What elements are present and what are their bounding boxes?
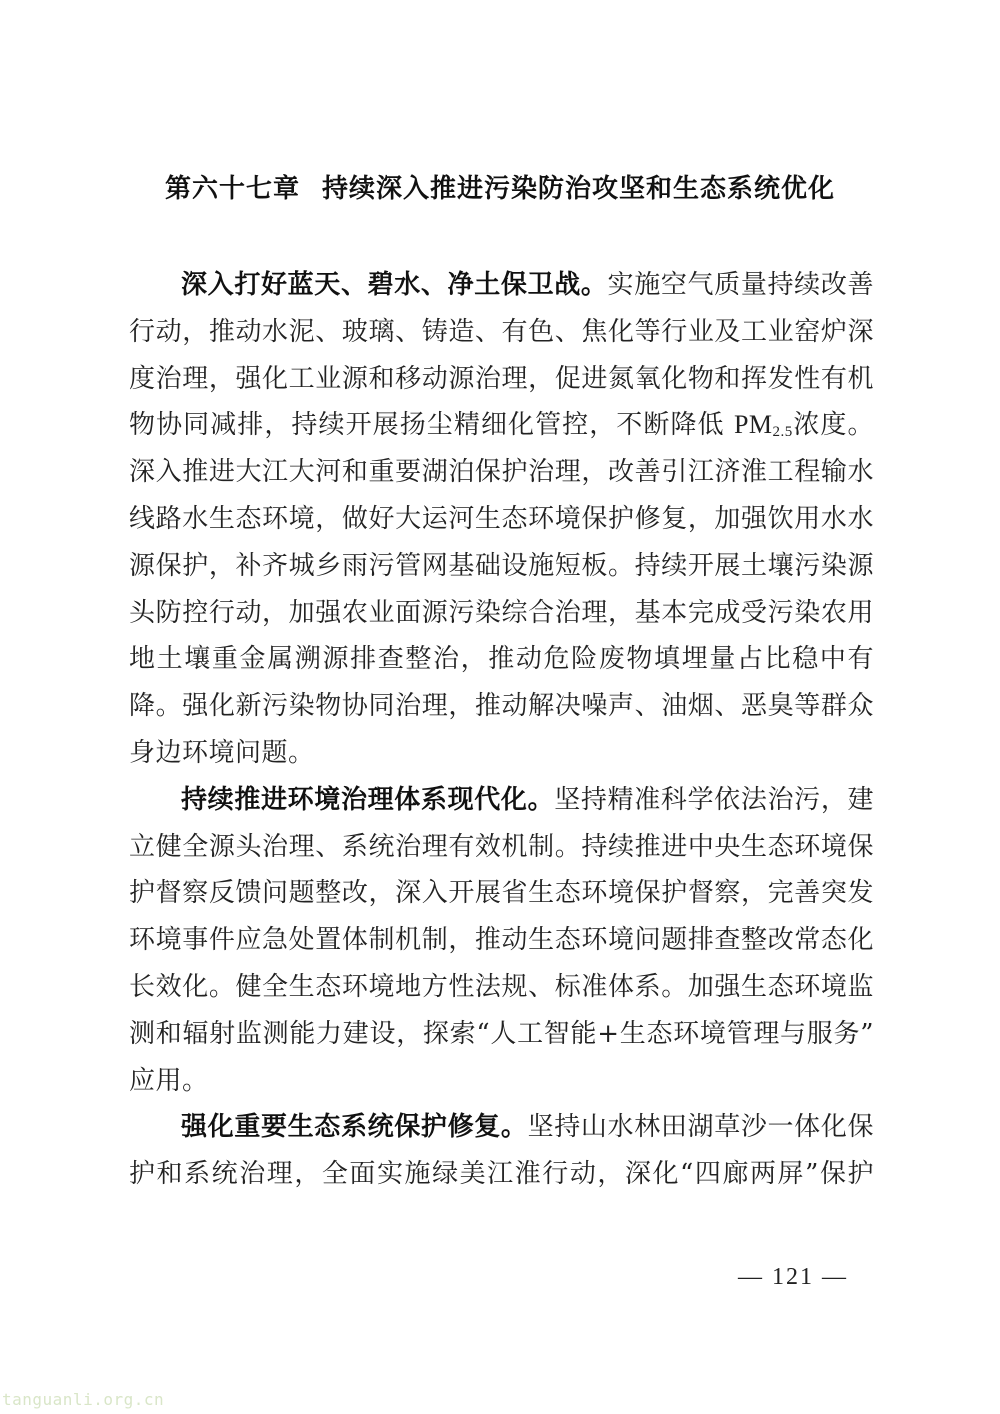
pm-label: PM <box>734 410 773 439</box>
chapter-number: 第六十七章 <box>165 174 300 204</box>
paragraph-lead: 深入打好蓝天、碧水、净土保卫战。 <box>181 270 608 300</box>
paragraph-line: 地土壤重金属溯源排查整治，推动危险废物填埋量占比稳中有 <box>129 636 874 683</box>
paragraph-line: 持续推进环境治理体系现代化。坚持精准科学依法治污，建 <box>129 777 874 824</box>
paragraph-line: 头防控行动，加强农业面源污染综合治理，基本完成受污染农用 <box>129 590 874 637</box>
chapter-heading: 持续深入推进污染防治攻坚和生态系统优化 <box>322 174 835 204</box>
paragraph-line: 深入打好蓝天、碧水、净土保卫战。实施空气质量持续改善 <box>129 262 874 309</box>
watermark: tanguanli.org.cn <box>2 1390 164 1409</box>
paragraph-lead: 持续推进环境治理体系现代化。 <box>181 785 554 815</box>
paragraph-line: 身边环境问题。 <box>129 730 874 777</box>
paragraph-line: 立健全源头治理、系统治理有效机制。持续推进中央生态环境保 <box>129 824 874 871</box>
text-run: 实施空气质量持续改善 <box>608 270 874 300</box>
paragraph-line: 护督察反馈问题整改，深入开展省生态环境保护督察，完善突发 <box>129 870 874 917</box>
paragraph-line: 物协同减排，持续开展扬尘精细化管控，不断降低 PM2.5浓度。 <box>129 402 874 449</box>
paragraph-line: 线路水生态环境，做好大运河生态环境保护修复，加强饮用水水 <box>129 496 874 543</box>
paragraph-line: 行动，推动水泥、玻璃、铸造、有色、焦化等行业及工业窑炉深 <box>129 309 874 356</box>
chapter-title: 第六十七章持续深入推进污染防治攻坚和生态系统优化 <box>0 168 1000 205</box>
pm-subscript: 2.5 <box>773 424 793 440</box>
paragraph-line: 深入推进大江大河和重要湖泊保护治理，改善引江济淮工程输水 <box>129 449 874 496</box>
text-run: 浓度。 <box>793 410 874 440</box>
paragraph-line: 长效化。健全生态环境地方性法规、标准体系。加强生态环境监 <box>129 964 874 1011</box>
paragraph-line: 度治理，强化工业源和移动源治理，促进氮氧化物和挥发性有机 <box>129 356 874 403</box>
text-run: 物协同减排，持续开展扬尘精细化管控，不断降低 <box>129 410 725 440</box>
paragraph-line: 测和辐射监测能力建设，探索“人工智能+生态环境管理与服务” <box>129 1011 874 1058</box>
document-body: 深入打好蓝天、碧水、净土保卫战。实施空气质量持续改善 行动，推动水泥、玻璃、铸造… <box>129 262 874 1198</box>
text-run: 坚持精准科学依法治污，建 <box>554 785 874 815</box>
page-number: — 121 — <box>738 1264 848 1291</box>
paragraph-line: 强化重要生态系统保护修复。坚持山水林田湖草沙一体化保 <box>129 1104 874 1151</box>
paragraph-line: 应用。 <box>129 1058 874 1105</box>
paragraph-line: 降。强化新污染物协同治理，推动解决噪声、油烟、恶臭等群众 <box>129 683 874 730</box>
paragraph-lead: 强化重要生态系统保护修复。 <box>181 1112 528 1142</box>
paragraph-line: 环境事件应急处置体制机制，推动生态环境问题排查整改常态化 <box>129 917 874 964</box>
text-run: 坚持山水林田湖草沙一体化保 <box>528 1112 874 1142</box>
paragraph-line: 源保护，补齐城乡雨污管网基础设施短板。持续开展土壤污染源 <box>129 543 874 590</box>
paragraph-line: 护和系统治理，全面实施绿美江淮行动，深化“四廊两屏”保护 <box>129 1151 874 1198</box>
